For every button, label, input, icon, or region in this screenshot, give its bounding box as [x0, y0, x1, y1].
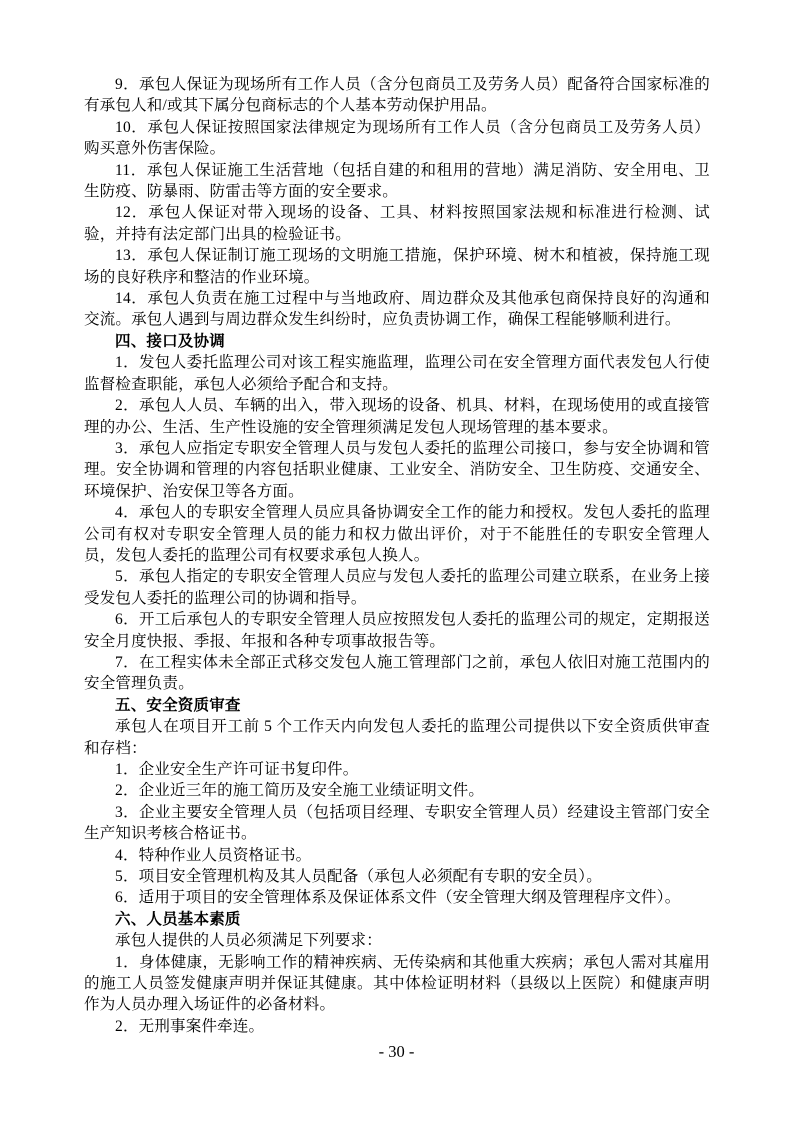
- paragraph-sec5-item-6: 6．适用于项目的安全管理体系及保证体系文件（安全管理大纲及管理程序文件）。: [84, 887, 710, 908]
- paragraph-sec5-item-5: 5．项目安全管理机构及其人员配备（承包人必须配有专职的安全员）。: [84, 866, 710, 887]
- paragraph-sec4-item-2: 2．承包人人员、车辆的出入，带入现场的设备、机具、材料，在现场使用的或直接管理的…: [84, 395, 710, 438]
- paragraph-item-9: 9．承包人保证为现场所有工作人员（含分包商员工及劳务人员）配备符合国家标准的有承…: [84, 74, 710, 117]
- paragraph-sec4-item-3: 3．承包人应指定专职安全管理人员与发包人委托的监理公司接口，参与安全协调和管理。…: [84, 438, 710, 502]
- paragraph-sec6-item-2: 2．无刑事案件牵连。: [84, 1016, 710, 1037]
- paragraph-sec5-item-1: 1．企业安全生产许可证书复印件。: [84, 759, 710, 780]
- paragraph-sec4-item-5: 5．承包人指定的专职安全管理人员应与发包人委托的监理公司建立联系，在业务上接受发…: [84, 566, 710, 609]
- paragraph-item-10: 10．承包人保证按照国家法律规定为现场所有工作人员（含分包商员工及劳务人员）购买…: [84, 117, 710, 160]
- section-heading-5-safety-qualification-review: 五、安全资质审查: [84, 695, 710, 716]
- section-heading-4-interface-coordination: 四、接口及协调: [84, 331, 710, 352]
- document-body: 9．承包人保证为现场所有工作人员（含分包商员工及劳务人员）配备符合国家标准的有承…: [84, 74, 710, 1037]
- section-heading-6-personnel-basic-quality: 六、人员基本素质: [84, 909, 710, 930]
- document-page: 9．承包人保证为现场所有工作人员（含分包商员工及劳务人员）配备符合国家标准的有承…: [0, 0, 793, 1122]
- paragraph-sec5-item-2: 2．企业近三年的施工简历及安全施工业绩证明文件。: [84, 780, 710, 801]
- paragraph-sec6-intro: 承包人提供的人员必须满足下列要求：: [84, 930, 710, 951]
- paragraph-sec5-item-4: 4．特种作业人员资格证书。: [84, 845, 710, 866]
- paragraph-sec6-item-1: 1．身体健康，无影响工作的精神疾病、无传染病和其他重大疾病；承包人需对其雇用的施…: [84, 952, 710, 1016]
- paragraph-sec4-item-1: 1．发包人委托监理公司对该工程实施监理，监理公司在安全管理方面代表发包人行使监督…: [84, 352, 710, 395]
- paragraph-sec4-item-4: 4．承包人的专职安全管理人员应具备协调安全工作的能力和授权。发包人委托的监理公司…: [84, 502, 710, 566]
- paragraph-sec4-item-7: 7．在工程实体未全部正式移交发包人施工管理部门之前，承包人依旧对施工范围内的安全…: [84, 652, 710, 695]
- paragraph-item-14: 14．承包人负责在施工过程中与当地政府、周边群众及其他承包商保持良好的沟通和交流…: [84, 288, 710, 331]
- paragraph-sec5-item-3: 3．企业主要安全管理人员（包括项目经理、专职安全管理人员）经建设主管部门安全生产…: [84, 802, 710, 845]
- page-number: - 30 -: [0, 1042, 793, 1062]
- paragraph-item-11: 11．承包人保证施工生活营地（包括自建的和租用的营地）满足消防、安全用电、卫生防…: [84, 160, 710, 203]
- paragraph-sec5-intro: 承包人在项目开工前 5 个工作天内向发包人委托的监理公司提供以下安全资质供审查和…: [84, 716, 710, 759]
- paragraph-item-13: 13．承包人保证制订施工现场的文明施工措施，保护环境、树木和植被，保持施工现场的…: [84, 245, 710, 288]
- paragraph-item-12: 12．承包人保证对带入现场的设备、工具、材料按照国家法规和标准进行检测、试验，并…: [84, 202, 710, 245]
- paragraph-sec4-item-6: 6．开工后承包人的专职安全管理人员应按照发包人委托的监理公司的规定，定期报送安全…: [84, 609, 710, 652]
